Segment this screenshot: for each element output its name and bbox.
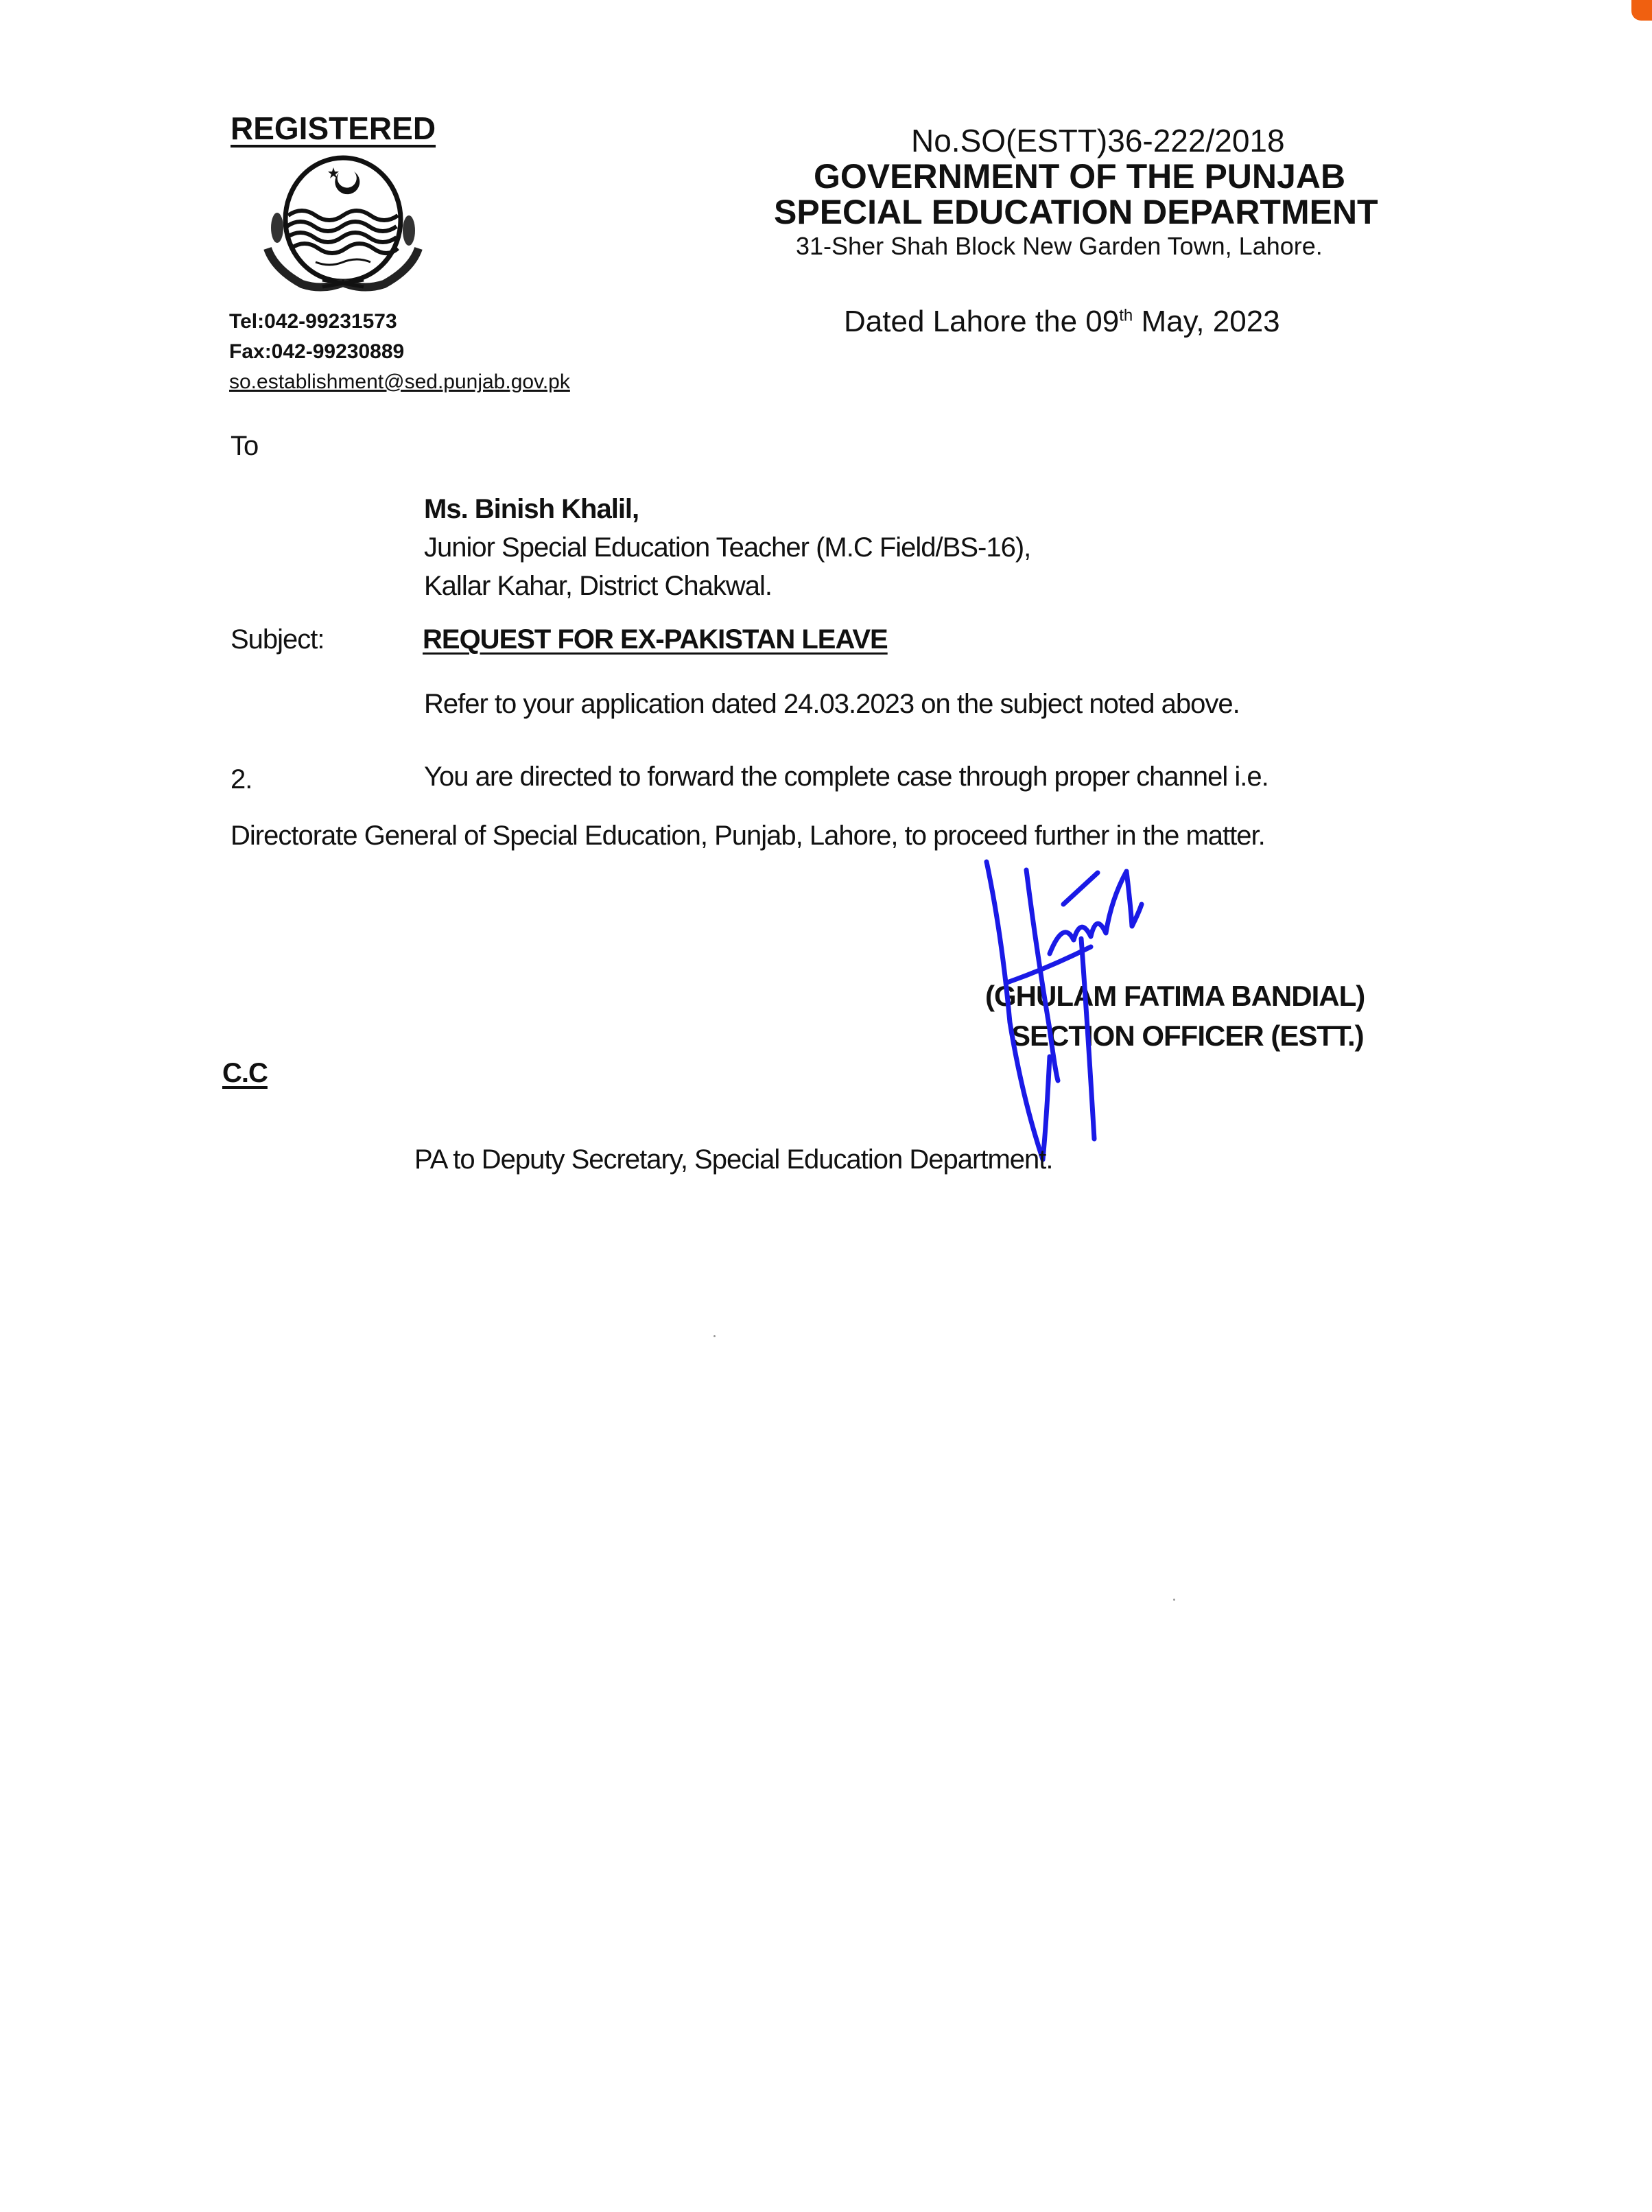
email-link[interactable]: so.establishment@sed.punjab.gov.pk bbox=[229, 370, 570, 394]
recipient-name: Ms. Binish Khalil, bbox=[424, 494, 639, 525]
punjab-emblem-icon bbox=[247, 152, 439, 296]
corner-mark bbox=[1631, 0, 1652, 21]
date-rest: May, 2023 bbox=[1133, 305, 1279, 338]
registered-stamp: REGISTERED bbox=[231, 110, 436, 147]
letter-date: Dated Lahore the 09th May, 2023 bbox=[844, 305, 1280, 339]
cc-recipient: PA to Deputy Secretary, Special Educatio… bbox=[414, 1144, 1052, 1175]
telephone-number: Tel:042-99231573 bbox=[229, 310, 397, 333]
signatory-title: SECTION OFFICER (ESTT.) bbox=[1011, 1020, 1364, 1052]
subject-value: REQUEST FOR EX-PAKISTAN LEAVE bbox=[423, 624, 888, 655]
paragraph-2-line-1: You are directed to forward the complete… bbox=[424, 762, 1268, 792]
recipient-designation: Junior Special Education Teacher (M.C Fi… bbox=[424, 532, 1030, 563]
to-label: To bbox=[231, 431, 258, 462]
date-ordinal: th bbox=[1119, 306, 1133, 325]
cc-label: C.C bbox=[222, 1058, 268, 1089]
recipient-location: Kallar Kahar, District Chakwal. bbox=[424, 571, 772, 602]
department-heading: SPECIAL EDUCATION DEPARTMENT bbox=[774, 192, 1378, 232]
subject-label: Subject: bbox=[231, 624, 324, 655]
paragraph-2-line-2: Directorate General of Special Education… bbox=[231, 821, 1265, 851]
department-address: 31-Sher Shah Block New Garden Town, Laho… bbox=[796, 232, 1323, 261]
scan-speck bbox=[713, 1335, 716, 1337]
scan-speck bbox=[1173, 1599, 1175, 1601]
reference-number: No.SO(ESTT)36-222/2018 bbox=[911, 122, 1285, 159]
paragraph-1: Refer to your application dated 24.03.20… bbox=[424, 689, 1240, 720]
paragraph-2-number: 2. bbox=[231, 764, 252, 795]
signatory-name: (GHULAM FATIMA BANDIAL) bbox=[985, 980, 1365, 1013]
fax-number: Fax:042-99230889 bbox=[229, 340, 404, 364]
government-heading: GOVERNMENT OF THE PUNJAB bbox=[814, 156, 1345, 196]
date-prefix: Dated Lahore the 09 bbox=[844, 305, 1119, 338]
